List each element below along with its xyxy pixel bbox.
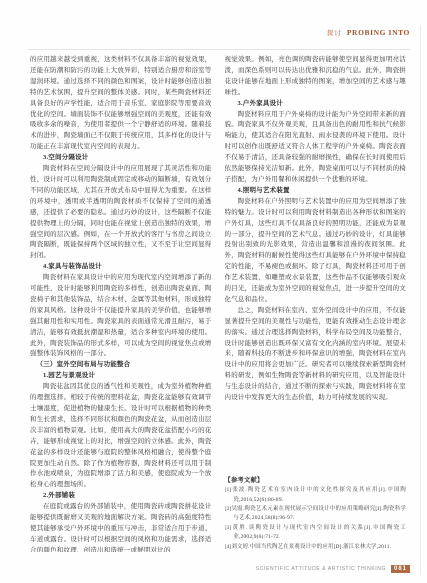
section-label-en: PROBING INTO xyxy=(347,28,410,37)
column-right: 视觉效果。例如，亮色调的陶瓷砖能够使空间显得更加明亮活泼，而深色系则可以传达出优… xyxy=(225,55,407,552)
paragraph: 在庭院或露台的外部铺装中，使用陶瓷砖或陶瓷拼花设计能够提供既耐磨又美观的地面解决… xyxy=(30,502,212,552)
header-rule xyxy=(28,49,410,50)
page-header: 探讨 PROBING INTO xyxy=(327,28,410,37)
paragraph: 的应用越来越受到重视，这类材料不仅具备丰富的视觉效果，还能在防潮和防污的功能上大… xyxy=(30,55,212,153)
column-right-text: 视觉效果。例如，亮色调的陶瓷砖能够使空间显得更加明亮活泼，而深色系则可以传达出优… xyxy=(225,55,407,404)
paragraph: 陶瓷花盆因其优良的透气性和美观性，成为室外植物种植的理想选择。相较于传统的塑料花… xyxy=(30,382,212,491)
reference-list: [1]张波.陶瓷艺术在室内设计中的文化性探究及其应用[J].中国陶瓷,2016,… xyxy=(225,486,407,552)
paragraph: 陶瓷材料在户外照明与艺术装置中的应用为空间增添了独特的魅力。设计时可以利用陶瓷材… xyxy=(225,197,407,306)
journal-page: 探讨 PROBING INTO 的应用越来越受到重视，这类材料不仅具备丰富的视觉… xyxy=(0,0,427,583)
section-label-zh: 探讨 xyxy=(327,28,342,37)
reference-item: [4]刘文婷.中国当代陶艺在景观设计中的应用[D].浙江农林大学,2011. xyxy=(225,543,407,552)
section-heading: 1.园艺与景观设计 xyxy=(30,371,212,382)
page-number-badge: 081 xyxy=(391,565,410,573)
references-title: 【参考文献】 xyxy=(225,475,407,484)
paragraph: 陶瓷材料在家具设计中的应用为现代室内空间增添了新的可能性，设计时能够利用陶瓷的多… xyxy=(30,273,212,360)
section-heading: （三）室外空间布局与功能整合 xyxy=(30,360,212,371)
section-heading: 4.照明与艺术装置 xyxy=(225,186,407,197)
column-left-text: 的应用越来越受到重视，这类材料不仅具备丰富的视觉效果，还能在防潮和防污的功能上大… xyxy=(30,55,212,552)
section-heading: 2.外部铺装 xyxy=(30,491,212,502)
section-heading: 3.户外家具设计 xyxy=(225,99,407,110)
section-heading: 4.家具与装饰品设计 xyxy=(30,262,212,273)
reference-item: [2]吴霞.陶瓷艺术元素在现代展示空间设计中的应用策略研究[J].陶瓷科学与艺术… xyxy=(225,505,407,524)
paragraph: 陶瓷材料在空间分隔设计中的应用展现了其灵活性和功能性，设计时可以利用陶瓷制成固定… xyxy=(30,164,212,262)
journal-name: SCIENTIFIC ATTITUDE & ARTISTIC THINKING xyxy=(256,566,386,572)
reference-item: [1]张波.陶瓷艺术在室内设计中的文化性探究及其应用[J].中国陶瓷,2016,… xyxy=(225,486,407,505)
section-heading: 3.空间分隔设计 xyxy=(30,153,212,164)
paragraph: 陶瓷材料应用于户外桌椅的设计能为户外空间带来新的面貌。陶瓷家具不仅外观美观，且具… xyxy=(225,110,407,186)
references-section: 【参考文献】 [1]张波.陶瓷艺术在室内设计中的文化性探究及其应用[J].中国陶… xyxy=(225,475,407,552)
page-edge-line xyxy=(420,26,421,575)
reference-item: [3]黄胜.谈陶瓷设计与现代室内空间设计的关系[J].中国陶瓷工业,2002,9… xyxy=(225,524,407,543)
paragraph: 视觉效果。例如，亮色调的陶瓷砖能够使空间显得更加明亮活泼，而深色系则可以传达出优… xyxy=(225,55,407,99)
article-body: 的应用越来越受到重视，这类材料不仅具备丰富的视觉效果，还能在防潮和防污的功能上大… xyxy=(30,55,406,552)
page-footer: SCIENTIFIC ATTITUDE & ARTISTIC THINKING … xyxy=(256,565,410,573)
column-left: 的应用越来越受到重视，这类材料不仅具备丰富的视觉效果，还能在防潮和防污的功能上大… xyxy=(30,55,212,552)
paragraph: 总之，陶瓷材料在室内、室外空间设计中的应用，不仅能显著提升空间的美观性与功能性，… xyxy=(225,306,407,404)
